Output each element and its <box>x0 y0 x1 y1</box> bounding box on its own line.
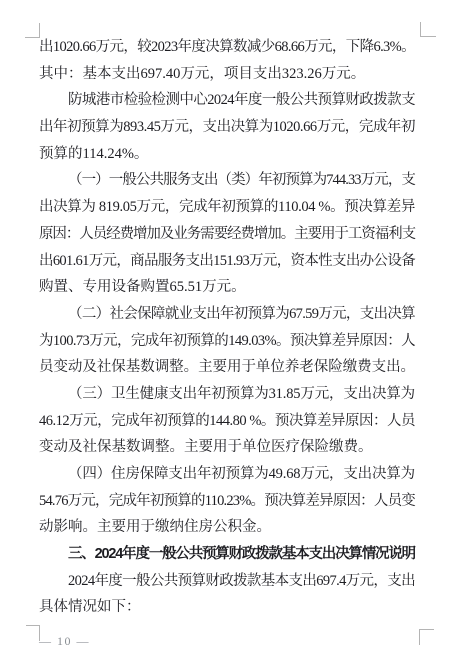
text-line: （二）社会保障就业支出年初预算为67.59万元，支出决算 <box>39 301 415 328</box>
text-line: （四）住房保障支出年初预算为49.68万元，支出决算为 <box>39 461 415 488</box>
text-line: 出601.61万元，商品服务支出151.93万元，资本性支出办公设备 <box>39 248 415 275</box>
page: 出1020.66万元，较2023年度决算数减少68.66万元，下降6.3%。其中… <box>0 0 466 667</box>
text-line: 为100.73万元，完成年初预算的149.03%。预决算差异原因：人 <box>39 328 415 355</box>
text-line: 54.76万元，完成年初预算的110.23%。预决算差异原因：人员变 <box>39 488 415 515</box>
text-boundary-mark-bottom-left <box>26 625 40 641</box>
text-boundary-mark-top-left <box>25 23 40 38</box>
document-body: 出1020.66万元，较2023年度决算数减少68.66万元，下降6.3%。其中… <box>39 34 415 621</box>
page-number: — 10 — <box>39 634 90 648</box>
text-line: 购置、专用设备购置65.51万元。 <box>39 274 415 301</box>
text-line: （三）卫生健康支出年初预算为31.85万元，支出决算为 <box>39 381 415 408</box>
text-line: 具体情况如下： <box>39 594 415 621</box>
text-line: 防城港市检验检测中心2024年度一般公共预算财政拨款支 <box>39 87 415 114</box>
text-line: 动影响。主要用于缴纳住房公积金。 <box>39 514 415 541</box>
text-line: 员变动及社保基数调整。主要用于单位养老保险缴费支出。 <box>39 354 415 381</box>
section-heading: 三、2024年度一般公共预算财政拨款基本支出决算情况说明 <box>39 541 415 568</box>
text-line: 出1020.66万元，较2023年度决算数减少68.66万元，下降6.3%。 <box>39 34 415 61</box>
text-line: 变动及社保基数调整。主要用于单位医疗保险缴费。 <box>39 434 415 461</box>
text-line: （一）一般公共服务支出（类）年初预算为744.33万元，支 <box>39 167 415 194</box>
word-document-page: { "colors": { "text": "#1d1d22", "page_n… <box>0 0 466 667</box>
text-line: 出决算为 819.05万元，完成年初预算的110.04 %。预决算差异 <box>39 194 415 221</box>
text-boundary-mark-bottom-right <box>419 629 434 645</box>
text-line: 2024年度一般公共预算财政拨款基本支出697.4万元，支出 <box>39 568 415 595</box>
text-line: 原因：人员经费增加及业务需要经费增加。主要用于工资福利支 <box>39 221 415 248</box>
text-boundary-mark-top-right <box>420 22 436 37</box>
text-line: 预算的114.24%。 <box>39 141 415 168</box>
text-line: 出年初预算为893.45万元，支出决算为1020.66万元，完成年初 <box>39 114 415 141</box>
text-line: 其中：基本支出697.40万元，项目支出323.26万元。 <box>39 61 415 88</box>
text-line: 46.12万元，完成年初预算的144.80 %。预决算差异原因：人员 <box>39 408 415 435</box>
